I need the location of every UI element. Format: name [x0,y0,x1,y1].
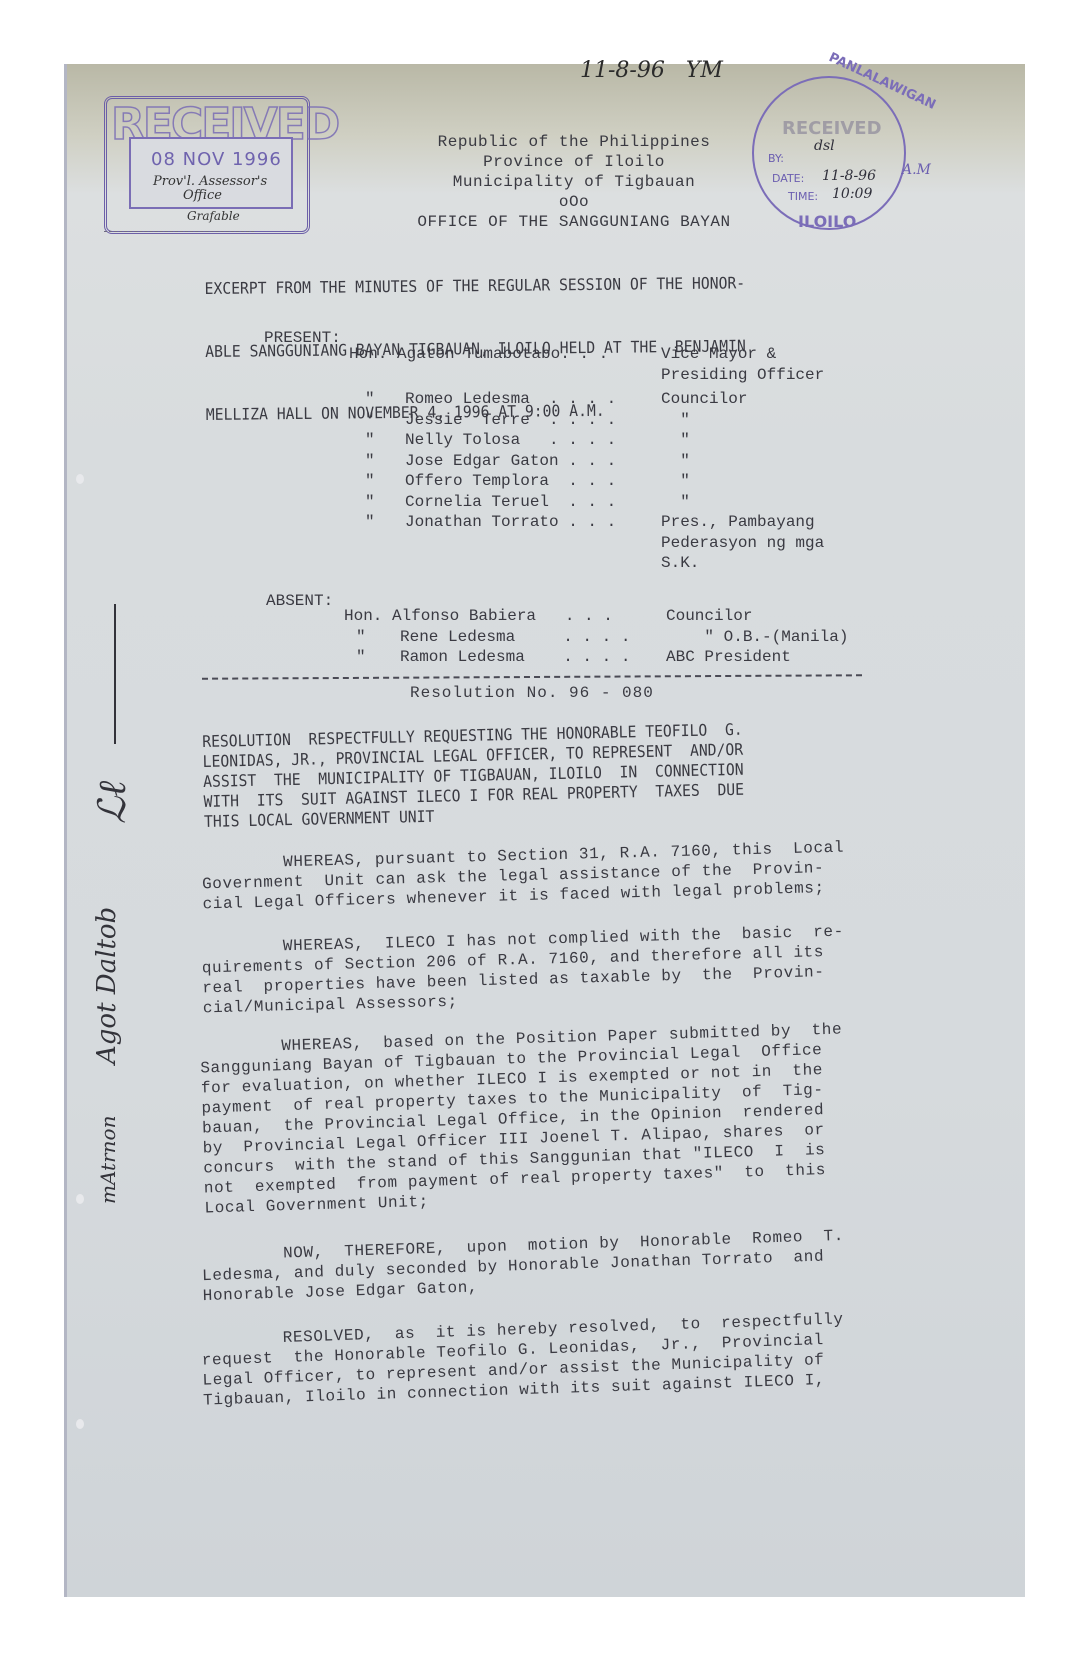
stamp-note: Prov'l. Assessor's Office [153,175,267,203]
attendee-name: Alfonso Babiera . . . [392,606,613,627]
attendee-row: "Offero Templora . . . " [349,471,909,492]
attendee-name: Offero Templora . . . [405,471,616,492]
attendee-prefix: " [365,451,375,472]
attendee-position: " [661,430,690,451]
attendee-position: Councilor [666,606,752,627]
attendee-position: " [661,492,690,513]
whereas-paragraph-2: WHEREAS, ILECO I has not complied with t… [201,922,846,1019]
attendee-name: Nelly Tolosa . . . . [405,430,616,451]
stamp-inner-box: 08 NOV 1996 Prov'l. Assessor's Office [129,137,293,209]
signature-stroke [114,604,120,744]
handwritten-date: 11-8-96 [580,58,665,83]
stamp-received-label: RECEIVED [782,118,882,139]
present-list: Hon.Agaton Tumabotabo. . .Vice Mayor &Pr… [349,344,909,574]
absent-list: Hon.Alfonso Babiera . . .Councilor"Rene … [344,606,904,668]
attendee-position-continued: Presiding Officer [349,365,909,386]
attendee-position: Vice Mayor & [661,344,776,365]
stamp-bottom-text: ILOILO [798,212,856,231]
letterhead: Republic of the Philippines Province of … [354,132,794,232]
attendee-name: Agaton Tumabotabo. . . [397,344,608,365]
attendee-position: " [661,451,690,472]
attendee-name: Rene Ledesma . . . . [400,627,630,648]
signature-agot-daltob: Agot Daltob [92,907,122,1064]
resolution-number: Resolution No. 96 - 080 [410,684,654,702]
attendee-name: Cornelia Teruel . . . [405,492,616,513]
attendee-position-continued: S.K. [349,553,909,574]
punch-hole [76,474,84,484]
stamp-time-value: 10:09 [832,186,872,202]
attendee-position-continued: Pederasyon ng mga [349,533,909,554]
resolution-title: RESOLUTION RESPECTFULLY REQUESTING THE H… [202,720,745,832]
attendee-name: Jose Edgar Gaton . . . [405,451,616,472]
attendee-row: "Rene Ledesma . . . . " O.B.-(Manila) [344,627,904,648]
attendee-position: Presiding Officer [661,365,824,386]
letterhead-republic: Republic of the Philippines [354,132,794,152]
attendee-position: " O.B.-(Manila) [666,627,848,648]
attendee-prefix: " [365,389,375,410]
resolved-paragraph: RESOLVED, as it is hereby resolved, to r… [201,1309,846,1410]
handwritten-initials: YM [686,58,723,83]
punch-hole [76,1194,84,1204]
attendee-row: "Nelly Tolosa . . . . " [349,430,909,451]
section-divider [202,674,862,679]
punch-hole [76,1419,84,1429]
attendee-position: " [661,471,690,492]
attendee-position: ABC President [666,647,791,668]
attendee-position: " [661,410,690,431]
attendee-prefix: " [365,471,375,492]
letterhead-office: OFFICE OF THE SANGGUNIANG BAYAN [354,212,794,232]
attendee-prefix: " [365,512,375,533]
attendee-prefix: " [356,647,366,668]
letterhead-province: Province of Iloilo [354,152,794,172]
received-stamp-left: RECEIVED 08 NOV 1996 Prov'l. Assessor's … [104,96,310,234]
document-page: 11-8-96 YM RECEIVED 08 NOV 1996 Prov'l. … [64,64,1025,1597]
stamp-note-line1: Prov'l. Assessor's [153,174,267,189]
stamp-date: 08 NOV 1996 [151,149,282,170]
attendee-position: Pres., Pambayang [661,512,815,533]
handwritten-date-initials: 11-8-96 YM [580,58,723,83]
attendee-position: S.K. [661,553,699,574]
attendee-row: Hon.Agaton Tumabotabo. . .Vice Mayor & [349,344,909,365]
stamp-date-value: 11-8-96 [822,168,876,184]
attendee-prefix: " [356,627,366,648]
signature-scribble: ℒℓ [90,781,135,824]
whereas-paragraph-3: WHEREAS, based on the Position Paper sub… [199,1020,847,1219]
stamp-signature: Grafable [187,209,240,223]
attendee-name: Jessie Terre . . . . [405,410,616,431]
attendee-row: "Cornelia Teruel . . . " [349,492,909,513]
attendee-position: Pederasyon ng mga [661,533,824,554]
attendee-row: "Jessie Terre . . . . " [349,410,909,431]
excerpt-line: EXCERPT FROM THE MINUTES OF THE REGULAR … [204,272,745,299]
attendee-prefix: " [365,492,375,513]
attendee-name: Jonathan Torrato . . . [405,512,616,533]
attendee-name: Ramon Ledesma . . . . [400,647,630,668]
attendee-name: Romeo Ledesma . . . . [405,389,616,410]
stamp-divider [104,231,254,232]
attendee-prefix: Hon. [349,344,387,365]
stamp-am-note: A.M [902,162,931,178]
attendee-row: "Ramon Ledesma . . . .ABC President [344,647,904,668]
stamp-top-text: PANLALAWIGAN [826,50,938,113]
stamp-note-line2: Office [153,188,222,203]
attendee-row: "Jonathan Torrato . . .Pres., Pambayang [349,512,909,533]
present-label: PRESENT: [264,329,341,347]
stamp-by-value: dsl [814,138,835,154]
attendee-prefix: Hon. [344,606,382,627]
whereas-paragraph-1: WHEREAS, pursuant to Section 31, R.A. 71… [201,838,845,915]
now-therefore-paragraph: NOW, THEREFORE, upon motion by Honorable… [201,1226,845,1306]
attendee-prefix: " [365,430,375,451]
attendee-prefix: " [365,410,375,431]
letterhead-separator: oOo [354,192,794,212]
attendee-row: Hon.Alfonso Babiera . . .Councilor [344,606,904,627]
signature-initials: mAtrnon [96,1116,120,1204]
absent-label: ABSENT: [266,592,333,610]
attendee-position: Councilor [661,389,747,410]
margin-signatures: ℒℓ Agot Daltob mAtrnon [84,584,134,1304]
attendee-row: "Romeo Ledesma . . . .Councilor [349,389,909,410]
letterhead-municipality: Municipality of Tigbauan [354,172,794,192]
attendee-row: "Jose Edgar Gaton . . . " [349,451,909,472]
